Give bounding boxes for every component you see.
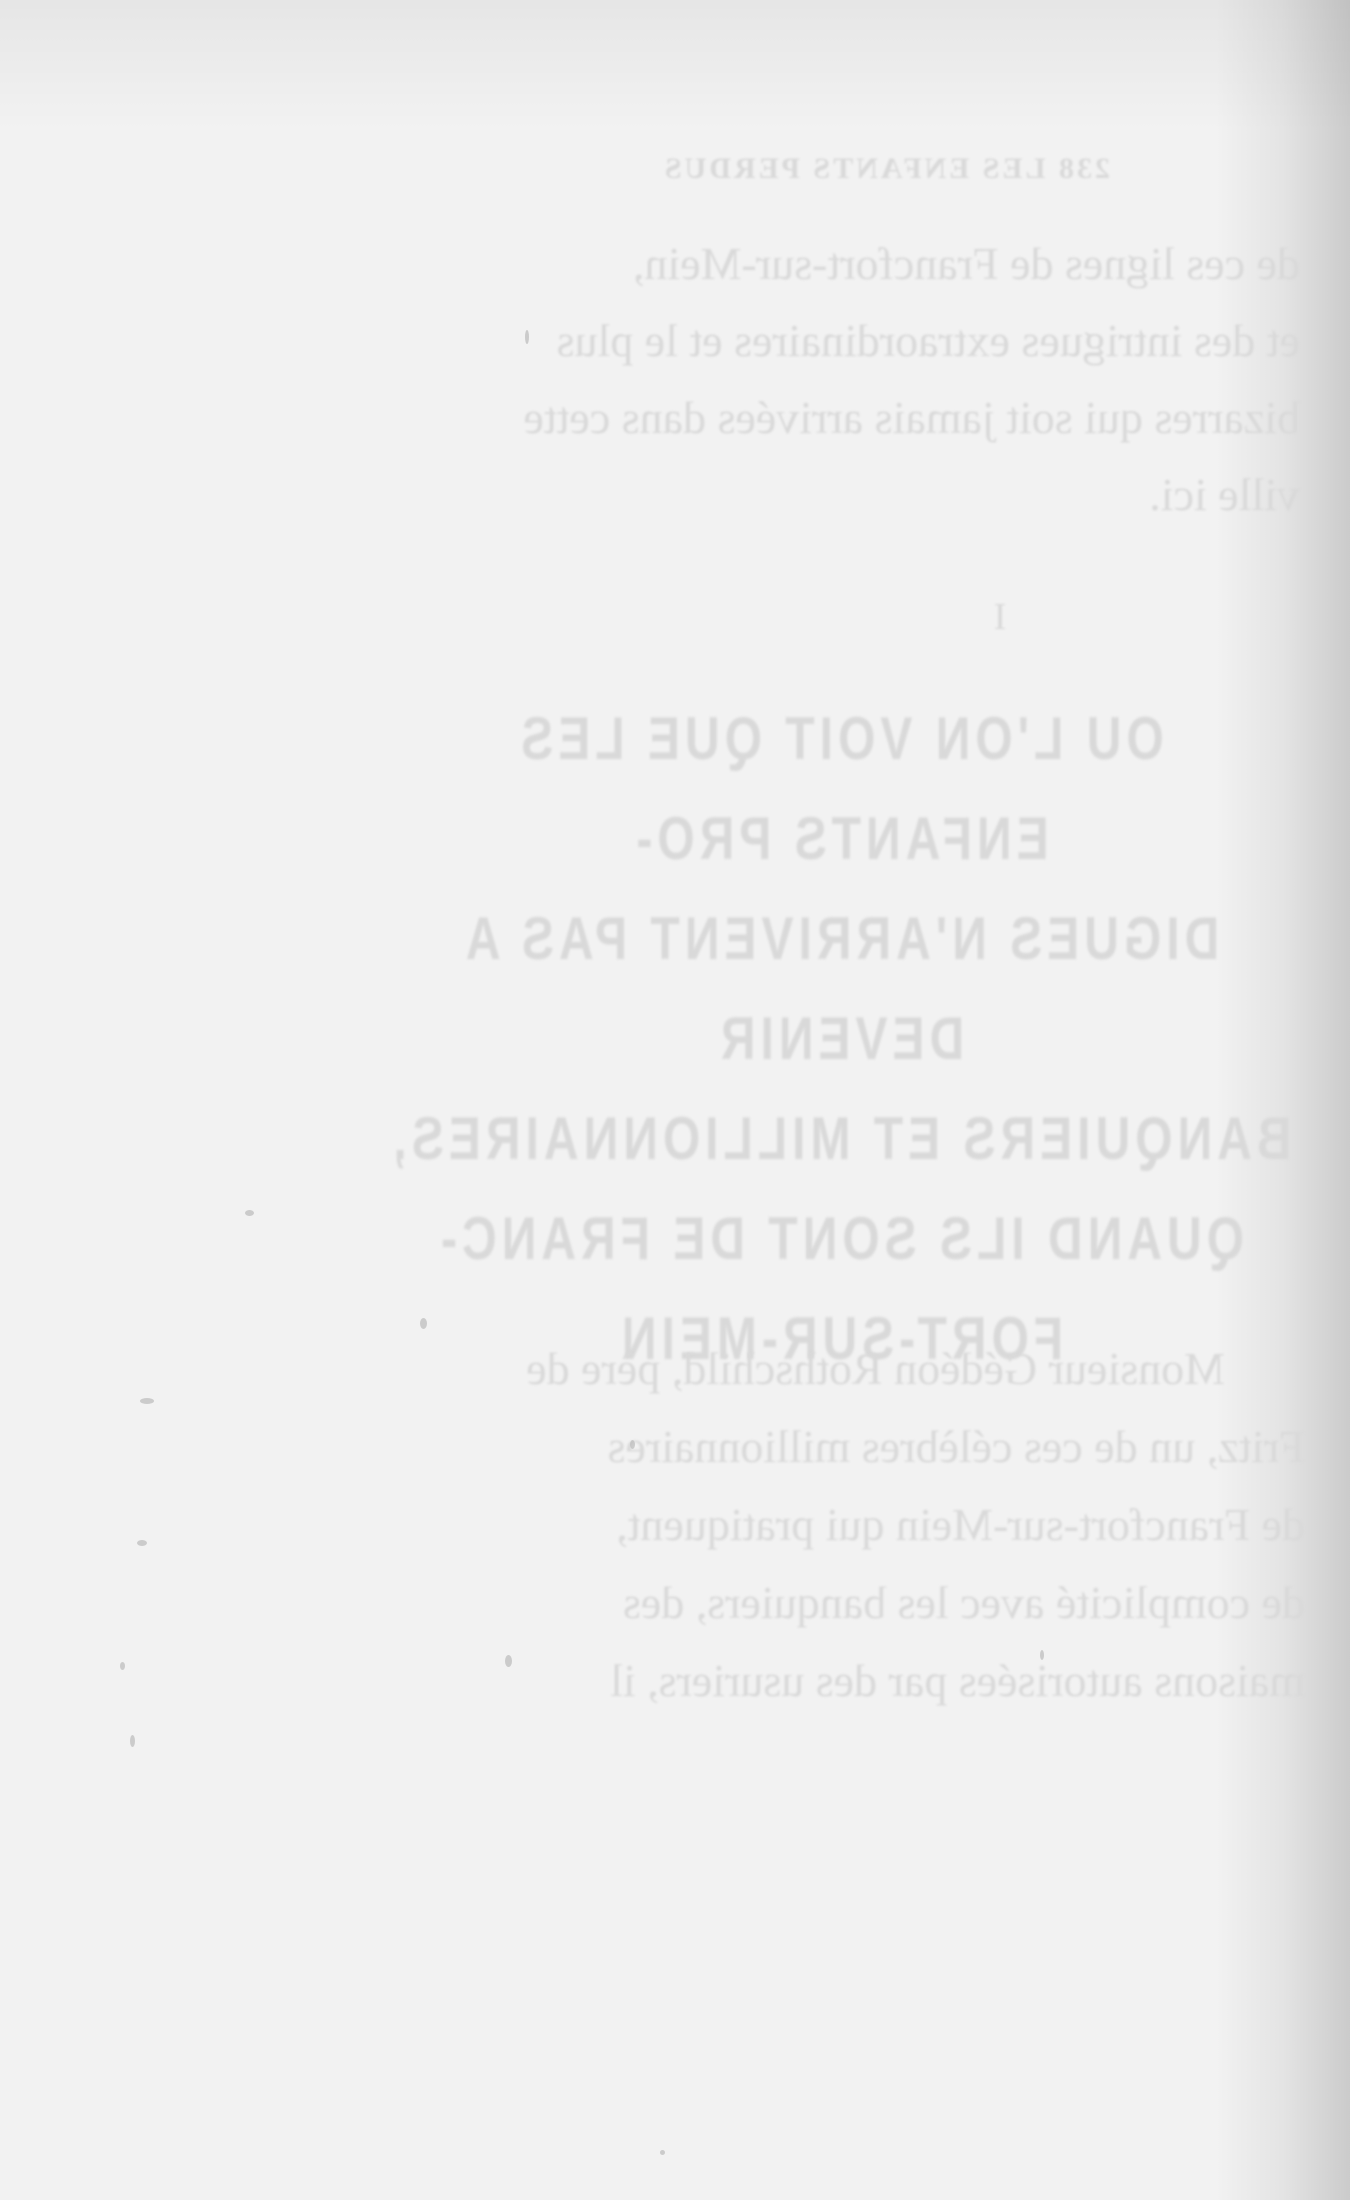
intro-paragraph: de ces lignes de Francfort-sur-Mein, et …: [360, 225, 1300, 533]
section-numeral: I: [940, 595, 1060, 639]
body-line: Fritz, un de ces célèbres millionnaires: [345, 1408, 1305, 1486]
running-head: 238 LES ENFANTS PERDUS: [370, 152, 1110, 186]
intro-line: et des intrigues extraordinaires et le p…: [360, 302, 1300, 379]
paper-speck: [630, 1440, 635, 1449]
intro-line: bizarres qui soit jamais arrivées dans c…: [360, 379, 1300, 456]
paper-speck: [505, 1655, 512, 1667]
paper-speck: [660, 2150, 665, 2155]
paper-speck: [1040, 1650, 1044, 1660]
chapter-title-line: QUAND ILS SONT DE FRANC-: [380, 1190, 1300, 1290]
body-line: de Francfort-sur-Mein qui pratiquent,: [345, 1486, 1305, 1564]
paper-speck: [420, 1318, 427, 1329]
paper-speck: [137, 1540, 147, 1546]
body-paragraph: Monsieur Gédéon Rothschild, père de Frit…: [345, 1330, 1305, 1720]
body-line: de complicité avec les banquiers, des: [345, 1564, 1305, 1642]
chapter-title-line: DIGUES N'ARRIVENT PAS A DEVENIR: [380, 890, 1300, 1090]
chapter-title-line: BANQUIERS ET MILLIONNAIRES,: [380, 1090, 1300, 1190]
chapter-title-line: OU L'ON VOIT QUE LES ENFANTS PRO-: [380, 690, 1300, 890]
paper-speck: [525, 330, 529, 344]
paper-speck: [120, 1662, 125, 1670]
chapter-title: OU L'ON VOIT QUE LES ENFANTS PRO- DIGUES…: [380, 690, 1300, 1390]
intro-line: de ces lignes de Francfort-sur-Mein,: [360, 225, 1300, 302]
paper-speck: [245, 1210, 254, 1216]
body-line: maisons autorisées par des usuriers, il: [345, 1642, 1305, 1720]
paper-speck: [140, 1398, 154, 1404]
intro-line: ville ici.: [360, 456, 1300, 533]
body-line: Monsieur Gédéon Rothschild, père de: [345, 1330, 1305, 1408]
paper-speck: [130, 1735, 135, 1747]
